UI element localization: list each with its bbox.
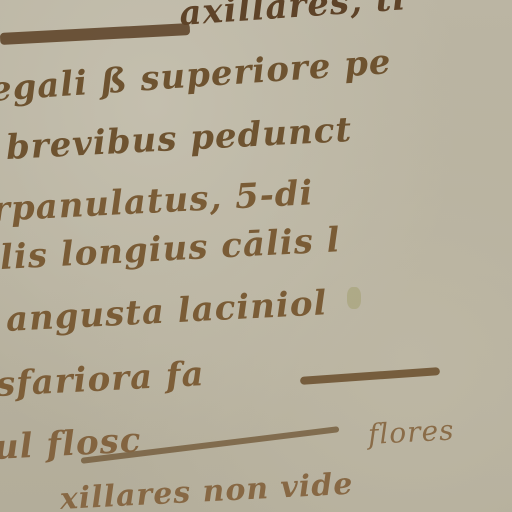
manuscript-line: flores	[367, 413, 455, 450]
manuscript-line: egali ß superiore pe	[0, 42, 393, 110]
manuscript-line: angusta laciniol	[5, 283, 328, 340]
line-text: axillares, ti	[178, 0, 407, 34]
manuscript-line: lis longius cālis l	[0, 220, 342, 278]
manuscript-line: xillares non vide	[59, 467, 354, 512]
manuscript-line: brevibus pedunct	[5, 110, 353, 168]
manuscript-line: axillares, ti	[0, 0, 407, 48]
manuscript-page: axillares, ti egali ß superiore pe brevi…	[0, 0, 512, 512]
manuscript-line: rpanulatus, 5-di	[0, 173, 314, 230]
manuscript-line: ul flosc	[0, 420, 142, 468]
strikethrough-mark	[300, 367, 440, 385]
manuscript-line: sfariora fa	[0, 354, 206, 405]
paper-stain	[347, 287, 361, 309]
